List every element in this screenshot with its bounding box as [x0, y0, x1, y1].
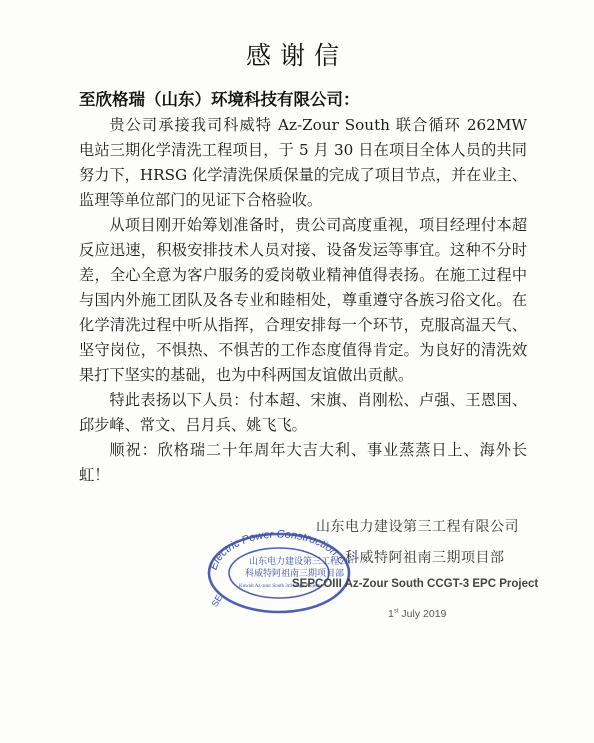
paragraph-3: 特此表扬以下人员：付本超、宋旗、肖刚松、卢强、王恩国、邱步峰、常文、吕月兵、姚飞… [79, 388, 527, 438]
salutation: 至欣格瑞（山东）环境科技有限公司： [79, 86, 360, 110]
letter-page: 感谢信 至欣格瑞（山东）环境科技有限公司： 贵公司承接我司科威特 Az-Zour… [0, 0, 594, 743]
official-seal-icon: Electric Power Construction Corporation … [205, 528, 353, 614]
paragraph-1: 贵公司承接我司科威特 Az-Zour South 联合循环 262MW 电站三期… [79, 113, 527, 213]
signature-department: 科威特阿祖南三期项目部 [345, 547, 505, 567]
paragraph-2: 从项目刚开始筹划准备时，贵公司高度重视，项目经理付本超反应迅速，积极安排技术人员… [79, 213, 527, 388]
letter-title: 感谢信 [0, 36, 594, 72]
signature-date: 1st July 2019 [388, 608, 446, 620]
seal-line-1: 山东电力建设第三工程公司 [249, 555, 353, 567]
letter-body: 贵公司承接我司科威特 Az-Zour South 联合循环 262MW 电站三期… [79, 113, 527, 488]
signature-english: SEPCOIII Az-Zour South CCGT-3 EPC Projec… [292, 578, 538, 590]
paragraph-4: 顺祝：欣格瑞二十年周年大吉大利、事业蒸蒸日上、海外长虹！ [79, 438, 527, 488]
date-rest: July 2019 [399, 608, 447, 620]
